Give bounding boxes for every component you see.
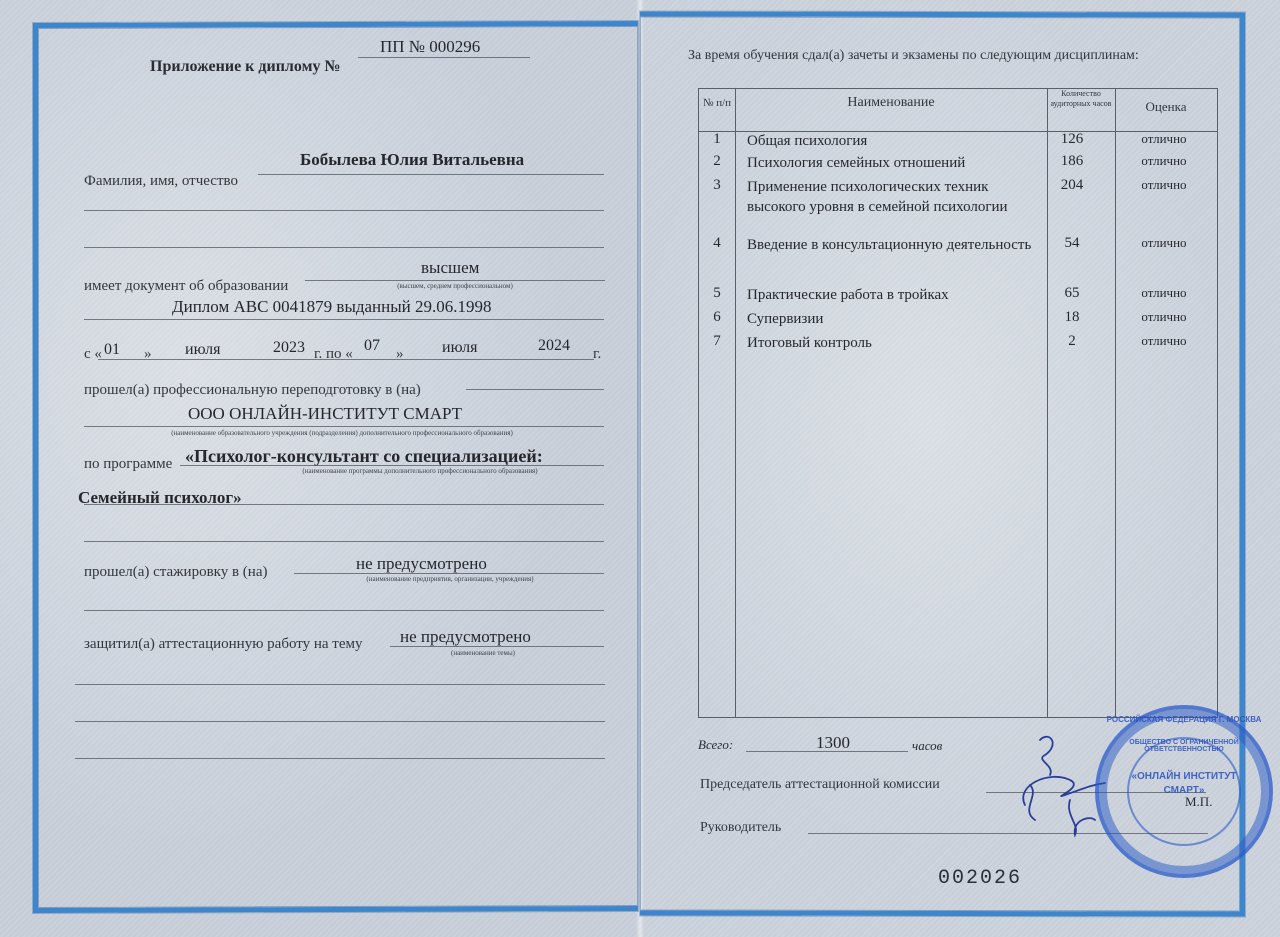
header-hours: Количество аудиторных часов (1047, 89, 1115, 109)
education-label: имеет документ об образовании (84, 278, 288, 295)
total-line (746, 751, 908, 752)
education-line (305, 280, 605, 281)
period-from-month: июля (185, 341, 220, 359)
cell-grade: отлично (1111, 285, 1217, 301)
disciplines-table: № п/п Наименование Количество аудиторных… (698, 88, 1218, 718)
disciplines-heading: За время обучения сдал(а) зачеты и экзам… (688, 48, 1139, 64)
period-from-close: » (144, 346, 152, 363)
cell-num: 7 (699, 333, 735, 350)
institution-name: ООО ОНЛАЙН-ИНСТИТУТ СМАРТ (188, 404, 462, 424)
cell-grade: отлично (1111, 131, 1217, 147)
internship-label: прошел(а) стажировку в (на) (84, 564, 267, 581)
blank-line-6 (75, 721, 605, 722)
fio-line (258, 174, 604, 175)
blank-line-2 (84, 247, 604, 248)
stamp-region-text: РОССИЙСКАЯ ФЕДЕРАЦИЯ Г. МОСКВА (1099, 715, 1269, 724)
blank-line-5 (75, 684, 605, 685)
cell-name: Применение психологических техник высоко… (747, 177, 1037, 217)
cell-num: 5 (699, 285, 735, 302)
program-line-2 (84, 504, 604, 505)
cell-grade: отлично (1111, 235, 1217, 251)
stamp-org-line2: СМАРТ» (1099, 785, 1269, 796)
cell-name: Введение в консультационную деятельность (747, 235, 1037, 255)
program-name-line2: Семейный психолог» (78, 488, 242, 508)
cell-name: Общая психология (747, 131, 1037, 151)
period-from-prefix: с « (84, 346, 102, 363)
cell-hours: 2 (1039, 333, 1105, 350)
stamp-org-line1: «ОНЛАЙН ИНСТИТУТ (1099, 771, 1269, 782)
institution-caption: (наименование образовательного учреждени… (171, 429, 513, 437)
official-stamp: РОССИЙСКАЯ ФЕДЕРАЦИЯ Г. МОСКВА ОБЩЕСТВО … (1095, 705, 1273, 878)
period-to-close: » (396, 346, 404, 363)
cell-num: 6 (699, 309, 735, 326)
thesis-caption: (наименование темы) (451, 649, 515, 657)
header-num: № п/п (699, 97, 735, 110)
stamp-outer-text: ОБЩЕСТВО С ОГРАНИЧЕННОЙ ОТВЕТСТВЕННОСТЬЮ (1099, 739, 1269, 753)
blank-line-1 (84, 210, 604, 211)
cell-grade: отлично (1111, 177, 1217, 193)
cell-hours: 204 (1039, 177, 1105, 194)
cell-grade: отлично (1111, 309, 1217, 325)
diploma-number-line (358, 57, 530, 58)
cell-num: 3 (699, 177, 735, 194)
header-name: Наименование (735, 95, 1047, 111)
retraining-line (466, 389, 604, 390)
education-document-line (84, 319, 604, 320)
cell-hours: 54 (1039, 235, 1105, 252)
total-label: Всего: (698, 737, 733, 753)
blank-line-3 (84, 541, 604, 542)
cell-name: Практические работа в тройках (747, 285, 1037, 305)
cell-hours: 126 (1039, 131, 1105, 148)
internship-caption: (наименование предприятия, организации, … (366, 575, 533, 583)
period-to-year: 2024 (538, 337, 570, 355)
thesis-value: не предусмотрено (400, 627, 531, 647)
education-caption: (высшем, среднем профессиональном) (397, 282, 513, 290)
cell-name: Супервизии (747, 309, 1037, 329)
cell-hours: 18 (1039, 309, 1105, 326)
period-line (98, 359, 594, 360)
header-grade: Оценка (1115, 99, 1217, 115)
serial-number: 002026 (938, 867, 1022, 890)
internship-value: не предусмотрено (356, 554, 487, 574)
cell-num: 1 (699, 131, 735, 148)
total-unit: часов (912, 738, 942, 754)
total-hours: 1300 (816, 733, 850, 753)
document-title: Приложение к диплому № (150, 58, 341, 76)
program-name-line1: «Психолог-консультант со специализацией: (185, 446, 543, 467)
period-from-year: 2023 (273, 339, 305, 357)
cell-grade: отлично (1111, 153, 1217, 169)
period-to-prefix: г. по « (314, 346, 353, 363)
chairman-label: Председатель аттестационной комиссии (700, 777, 940, 793)
diploma-number: ПП № 000296 (380, 37, 480, 57)
blank-line-4 (84, 610, 604, 611)
education-level: высшем (421, 258, 479, 278)
thesis-line (390, 646, 604, 647)
blank-line-7 (75, 758, 605, 759)
internship-line (294, 573, 604, 574)
cell-num: 4 (699, 235, 735, 252)
cell-hours: 186 (1039, 153, 1105, 170)
fio-label: Фамилия, имя, отчество (84, 173, 238, 190)
cell-name: Психология семейных отношений (747, 153, 1037, 173)
program-line-1 (180, 465, 604, 466)
col-divider (735, 89, 736, 717)
program-caption: (наименование программы дополнительного … (302, 467, 537, 475)
fio-value: Бобылева Юлия Витальевна (300, 150, 524, 170)
cell-grade: отлично (1111, 333, 1217, 349)
cell-num: 2 (699, 153, 735, 170)
cell-name: Итоговый контроль (747, 333, 1037, 353)
period-from-day: 01 (104, 341, 120, 359)
thesis-label: защитил(а) аттестационную работу на тему (84, 636, 363, 653)
program-label: по программе (84, 456, 172, 473)
period-to-day: 07 (364, 337, 380, 355)
period-to-suffix: г. (593, 346, 601, 363)
period-to-month: июля (442, 339, 477, 357)
retraining-label: прошел(а) профессиональную переподготовк… (84, 382, 421, 399)
institution-line (84, 426, 604, 427)
education-document: Диплом АВС 0041879 выданный 29.06.1998 (172, 297, 492, 317)
head-label: Руководитель (700, 820, 781, 836)
cell-hours: 65 (1039, 285, 1105, 302)
